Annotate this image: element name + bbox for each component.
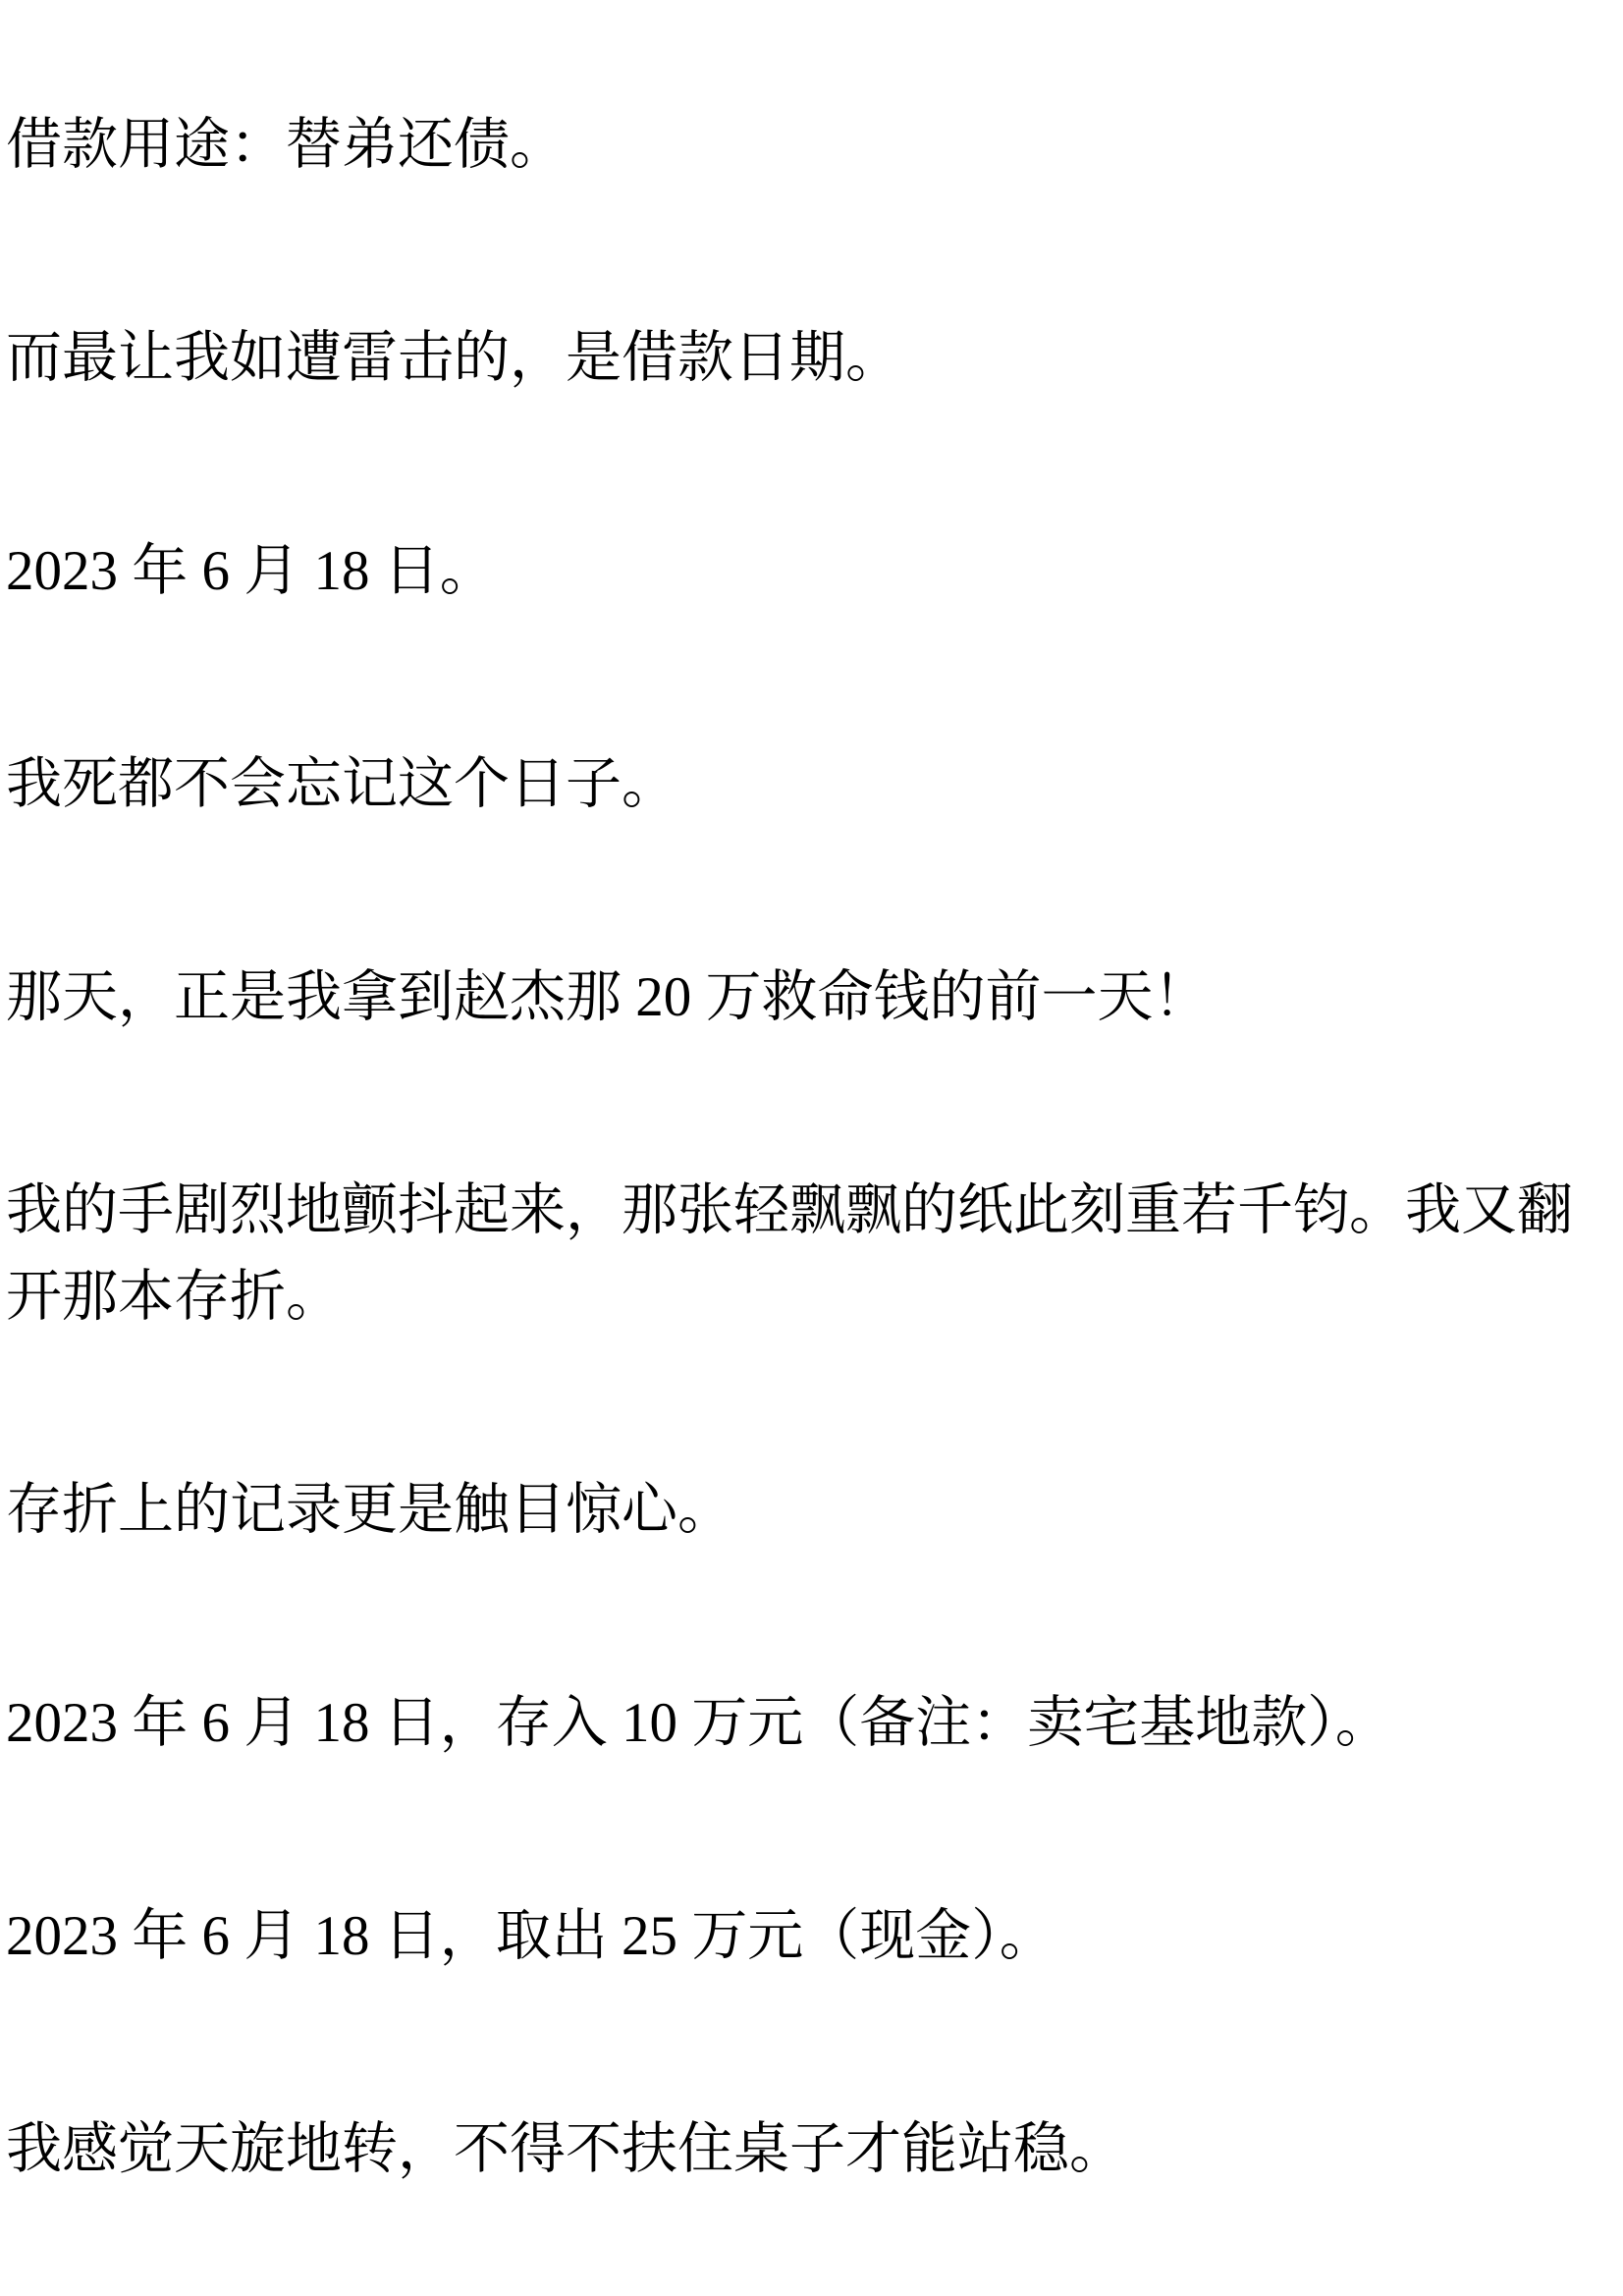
document-page: 借款用途：替弟还债。 而最让我如遭雷击的，是借款日期。 2023 年 6 月 1… — [0, 0, 1623, 2193]
paragraph: 2023 年 6 月 18 日，取出 25 万元（现金）。 — [6, 1893, 1617, 1980]
paragraph: 我的手剧烈地颤抖起来，那张轻飘飘的纸此刻重若千钧。我又翻开那本存折。 — [6, 1168, 1617, 1340]
paragraph: 存折上的记录更是触目惊心。 — [6, 1467, 1617, 1554]
paragraph: 那天，正是我拿到赵杰那 20 万救命钱的前一天！ — [6, 955, 1617, 1041]
paragraph: 2023 年 6 月 18 日。 — [6, 528, 1617, 615]
paragraph: 2023 年 6 月 18 日，存入 10 万元（备注：卖宅基地款）。 — [6, 1680, 1617, 1767]
paragraph: 我感觉天旋地转，不得不扶住桌子才能站稳。 — [6, 2106, 1617, 2193]
paragraph: 借款用途：替弟还债。 — [6, 102, 1617, 189]
paragraph: 而最让我如遭雷击的，是借款日期。 — [6, 315, 1617, 402]
paragraph: 我死都不会忘记这个日子。 — [6, 741, 1617, 828]
